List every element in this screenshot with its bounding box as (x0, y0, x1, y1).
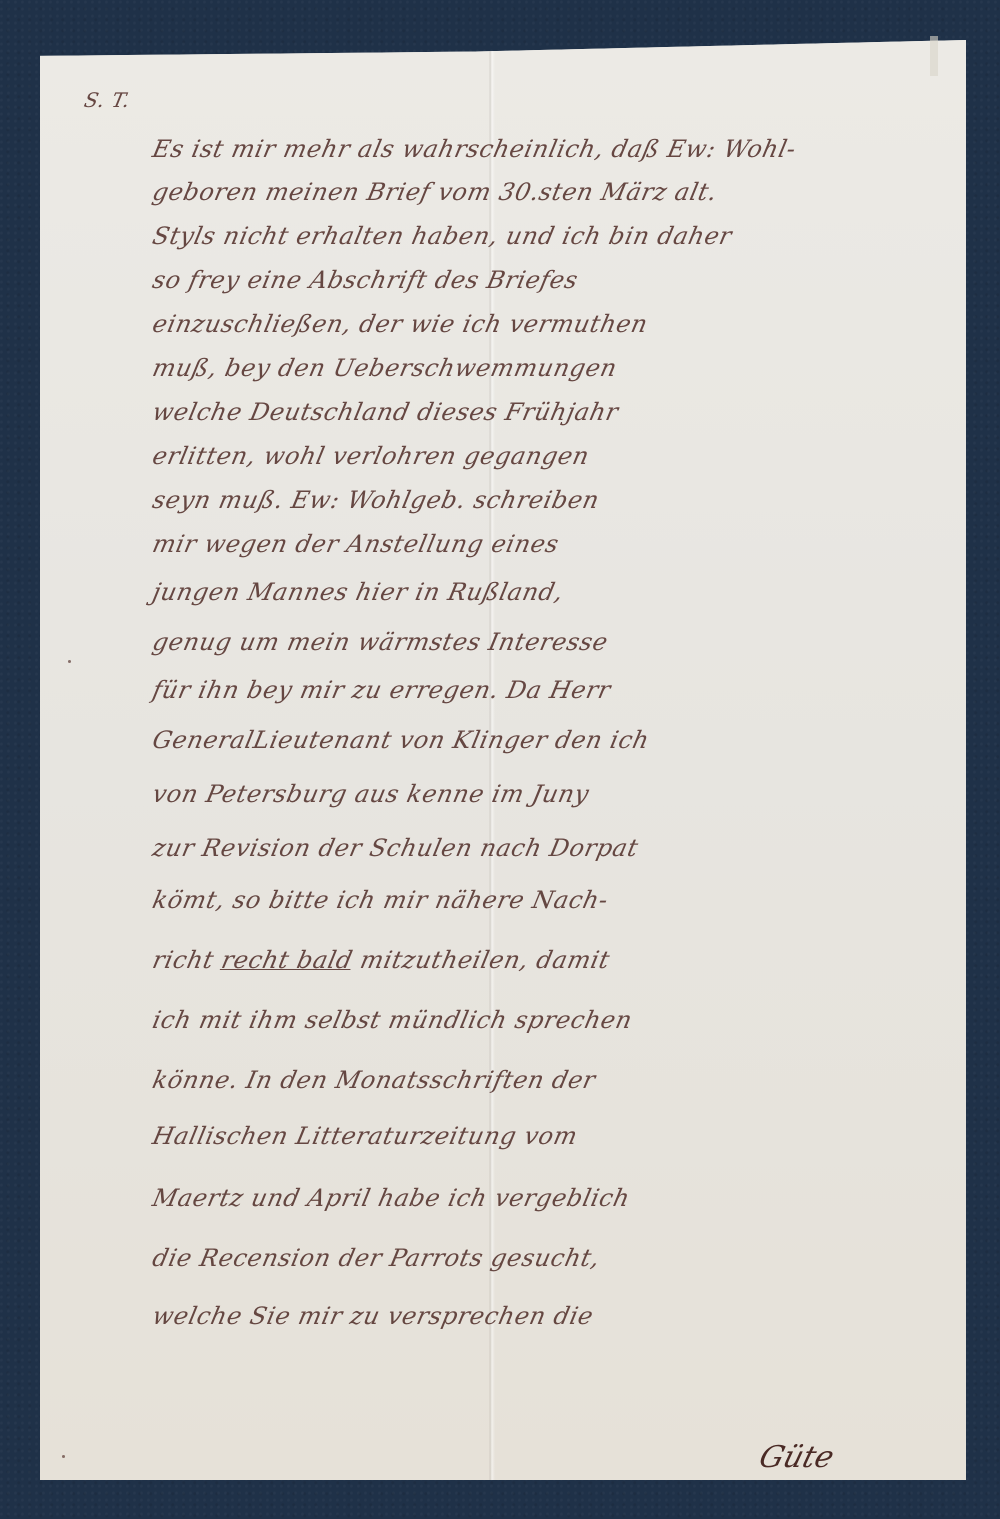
letter-line: könne. In den Monatsschriften der (150, 1066, 598, 1094)
ink-speck (68, 660, 71, 663)
letter-line: richt recht bald mitzutheilen, damit (150, 946, 613, 974)
letter-line: Es ist mir mehr als wahrscheinlich, daß … (150, 135, 799, 163)
letter-line: muß, bey den Ueberschwemmungen (150, 354, 620, 382)
salutation: S. T. (82, 88, 133, 112)
letter-line: mir wegen der Anstellung eines (150, 530, 562, 558)
letter-line: erlitten, wohl verlohren gegangen (150, 442, 592, 470)
paper-corner (930, 36, 938, 76)
letter-line: die Recension der Parrots gesucht, (150, 1244, 603, 1272)
letter-line: welche Deutschland dieses Frühjahr (150, 398, 621, 426)
letter-line: Maertz und April habe ich vergeblich (150, 1184, 633, 1212)
letter-line: einzuschließen, der wie ich vermuthen (150, 310, 650, 338)
letter-line: so frey eine Abschrift des Briefes (150, 266, 581, 294)
signature: Güte (755, 1440, 837, 1475)
letter-line: zur Revision der Schulen nach Dorpat (150, 834, 641, 862)
letter-line: jungen Mannes hier in Rußland, (150, 578, 566, 606)
letter-line: Styls nicht erhalten haben, und ich bin … (150, 222, 735, 250)
letter-line: von Petersburg aus kenne im Juny (150, 780, 592, 808)
letter-line: Hallischen Litteraturzeitung vom (150, 1122, 580, 1150)
letter-line: ich mit ihm selbst mündlich sprechen (150, 1006, 635, 1034)
letter-line: für ihn bey mir zu erregen. Da Herr (150, 676, 614, 704)
letter-line: GeneralLieutenant von Klinger den ich (150, 726, 652, 754)
letter-line: welche Sie mir zu versprechen die (150, 1302, 596, 1330)
letter-line: genug um mein wärmstes Interesse (150, 628, 611, 656)
ink-speck (62, 1455, 65, 1458)
letter-line: seyn muß. Ew: Wohlgeb. schreiben (150, 486, 602, 514)
letter-line: kömt, so bitte ich mir nähere Nach- (150, 886, 611, 914)
letter-line: geboren meinen Brief vom 30.sten März al… (150, 178, 720, 206)
underlined-phrase: recht bald (219, 946, 356, 974)
